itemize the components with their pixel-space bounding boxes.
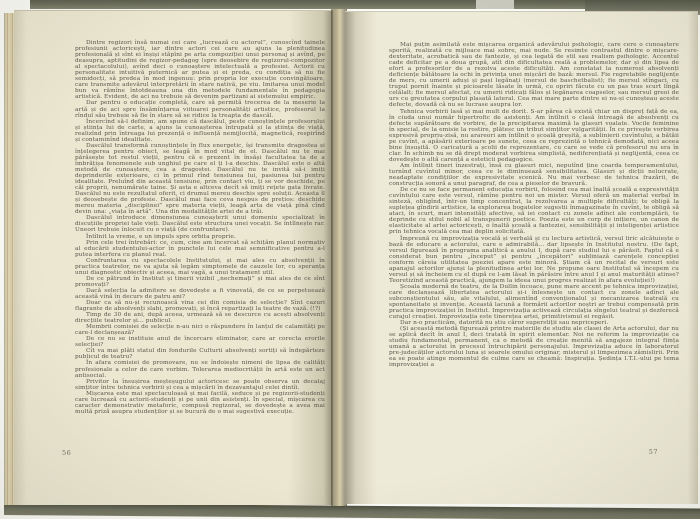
page-number-right: 57	[649, 448, 658, 456]
paragraph: (Și această metodă figurează printre mat…	[389, 326, 679, 368]
paragraph: Confruntarea cu spectacolele Institutulu…	[75, 258, 325, 276]
paragraph: Cît va mai plăti statul din fondurile Cu…	[75, 348, 325, 360]
paragraph: Încercînd să-l definim, am spune că dasc…	[75, 119, 325, 143]
paragraph: Împreună cu improvizația vocală și verba…	[389, 236, 679, 284]
paragraph: Dacă selecția la admitere se dovedește a…	[75, 288, 325, 300]
paragraph: Doar ca să nu-și recunoască vina cei din…	[75, 300, 325, 312]
cover-top-light-notch	[476, 0, 514, 9]
paragraph: Dascălul transformă cunoștințele în flux…	[75, 143, 325, 216]
paragraph: Dascălul introduce dimensiunea cunoașter…	[75, 215, 325, 233]
right-text-column: Mai puțin asimilată este mișcarea organi…	[389, 42, 679, 369]
paragraph: De ce nu se face permanent educația vorb…	[389, 187, 679, 235]
open-book-scan: Dintre regizori însă numai cei care „luc…	[0, 0, 700, 519]
paragraph: Prin cele trei întrebări: ce, cum, cine …	[75, 240, 325, 258]
paragraph: Timp de 30 de ani, după aceea, urmează s…	[75, 312, 325, 324]
page-left: Dintre regizori însă numai cei care „luc…	[14, 10, 333, 505]
paragraph: Tehnica vorbirii lasă și mai mult de dor…	[389, 109, 679, 163]
page-right: Mai puțin asimilată este mișcarea organi…	[345, 11, 698, 504]
paragraph: Dar pentru o educație completă, care să …	[75, 100, 325, 118]
paragraph: De ce pătrund în Institut și tinerii viz…	[75, 276, 325, 288]
paragraph: Dintre regizori însă numai cei care „luc…	[75, 40, 325, 100]
paragraph: Membrii comisiei de selecție n-au nici o…	[75, 324, 325, 336]
paragraph: Am întîlnit tineri înzestrați, însă cu g…	[389, 163, 679, 187]
left-text-column: Dintre regizori însă numai cei care „luc…	[75, 40, 325, 415]
book-cover-bottom-edge	[4, 503, 700, 519]
paragraph: Mai puțin asimilată este mișcarea organi…	[389, 42, 679, 109]
paragraph: De ce nu se instituie anul de încercare …	[75, 336, 325, 348]
paragraph: În afara comisiei de promovare, nu se în…	[75, 360, 325, 378]
paragraph: Mișcarea este mai spectaculoasă și mai f…	[75, 391, 325, 415]
paragraph: Privitor la însușirea meșteșugului actor…	[75, 379, 325, 391]
page-number-left: 56	[62, 449, 71, 457]
paragraph: Școala modernă de teatru, de la Dullin î…	[389, 284, 679, 320]
